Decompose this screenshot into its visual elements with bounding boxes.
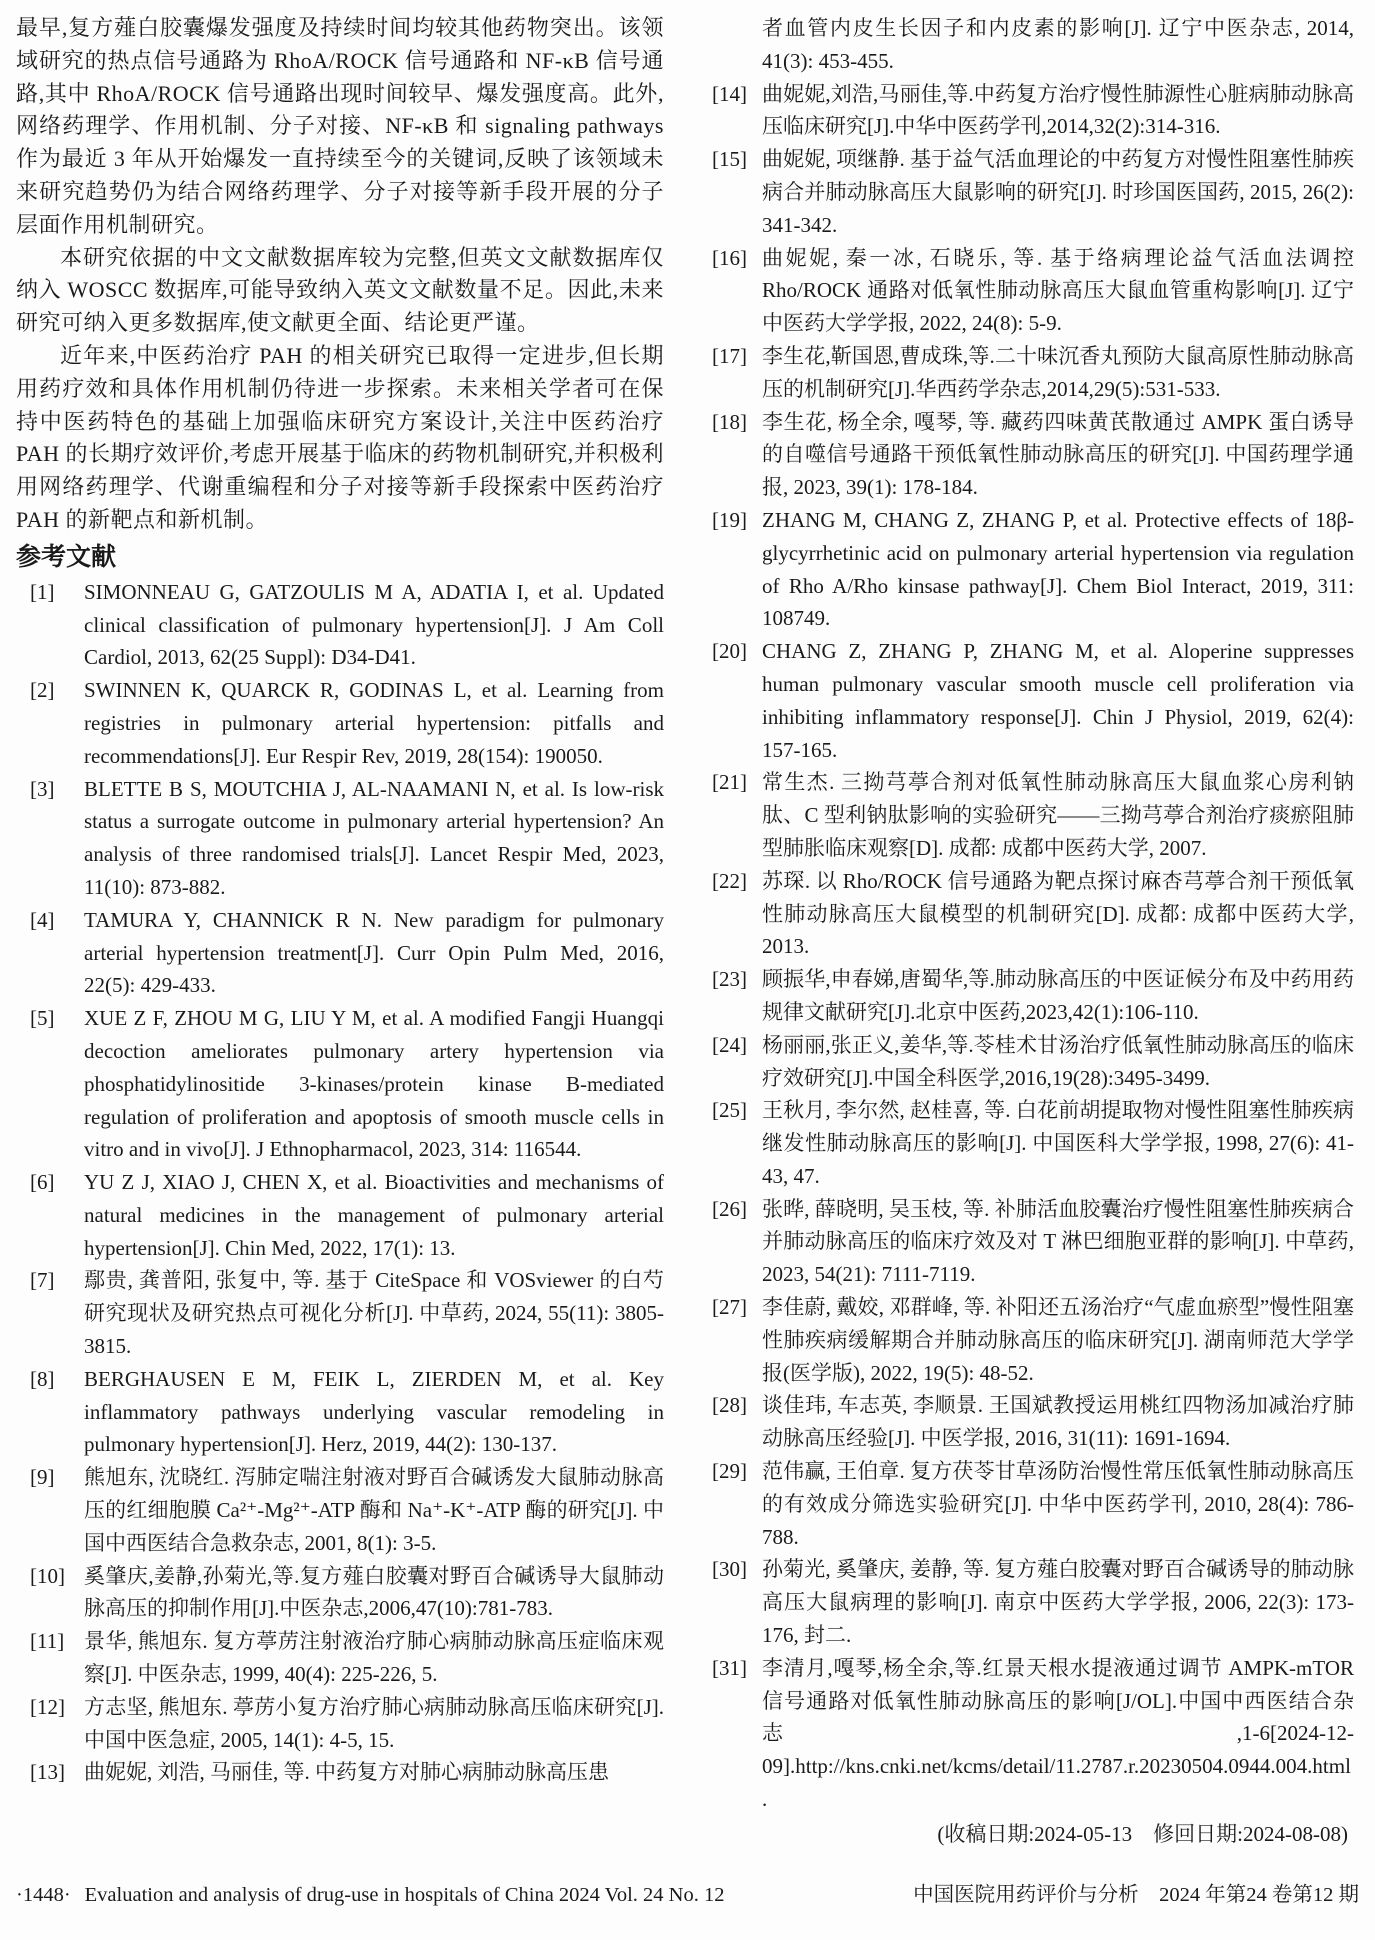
body-paragraph-continuation: 最早,复方薤白胶囊爆发强度及持续时间均较其他药物突出。该领域研究的热点信号通路为… xyxy=(16,12,664,242)
reference-item: [19]ZHANG M, CHANG Z, ZHANG P, et al. Pr… xyxy=(706,504,1354,635)
reference-text: 李清月,嘎琴,杨全余,等.红景天根水提液通过调节 AMPK-mTOR 信号通路对… xyxy=(762,1652,1354,1816)
reference-number: [29] xyxy=(706,1455,762,1553)
reference-number: [11] xyxy=(16,1625,84,1691)
reference-item: [28]谈佳玮, 车志英, 李顺景. 王国斌教授运用桃红四物汤加减治疗肺动脉高压… xyxy=(706,1389,1354,1455)
reference-item: [31]李清月,嘎琴,杨全余,等.红景天根水提液通过调节 AMPK-mTOR 信… xyxy=(706,1652,1354,1816)
reference-number: [2] xyxy=(16,674,84,772)
journal-page: 最早,复方薤白胶囊爆发强度及持续时间均较其他药物突出。该领域研究的热点信号通路为… xyxy=(0,0,1375,1940)
reference-text: 张晔, 薛晓明, 吴玉枝, 等. 补肺活血胶囊治疗慢性阻塞性肺疾病合并肺动脉高压… xyxy=(762,1193,1354,1291)
reference-number: [19] xyxy=(706,504,762,635)
reference-item: [24]杨丽丽,张正义,姜华,等.苓桂术甘汤治疗低氧性肺动脉高压的临床疗效研究[… xyxy=(706,1029,1354,1095)
reference-item: [18]李生花, 杨全余, 嘎琴, 等. 藏药四味黄芪散通过 AMPK 蛋白诱导… xyxy=(706,406,1354,504)
reference-text: 顾振华,申春娣,唐蜀华,等.肺动脉高压的中医证候分布及中药用药规律文献研究[J]… xyxy=(762,963,1354,1029)
reference-number: [13] xyxy=(16,1756,84,1789)
reference-number: [18] xyxy=(706,406,762,504)
reference-text: 曲妮妮, 项继静. 基于益气活血理论的中药复方对慢性阻塞性肺疾病合并肺动脉高压大… xyxy=(762,143,1354,241)
reference-text: 王秋月, 李尔然, 赵桂喜, 等. 白花前胡提取物对慢性阻塞性肺疾病继发性肺动脉… xyxy=(762,1094,1354,1192)
reference-text: 李生花, 杨全余, 嘎琴, 等. 藏药四味黄芪散通过 AMPK 蛋白诱导的自噬信… xyxy=(762,406,1354,504)
reference-item: [7]鄢贵, 龚普阳, 张复中, 等. 基于 CiteSpace 和 VOSvi… xyxy=(16,1264,664,1362)
reference-text: XUE Z F, ZHOU M G, LIU Y M, et al. A mod… xyxy=(84,1002,664,1166)
reference-number: [25] xyxy=(706,1094,762,1192)
right-column: 者血管内皮生长因子和内皮素的影响[J]. 辽宁中医杂志, 2014, 41(3)… xyxy=(706,12,1354,1858)
reference-item: [12]方志坚, 熊旭东. 葶苈小复方治疗肺心病肺动脉高压临床研究[J]. 中国… xyxy=(16,1691,664,1757)
reference-item: [4]TAMURA Y, CHANNICK R N. New paradigm … xyxy=(16,904,664,1002)
left-column: 最早,复方薤白胶囊爆发强度及持续时间均较其他药物突出。该领域研究的热点信号通路为… xyxy=(16,12,664,1858)
reference-13-continuation: 者血管内皮生长因子和内皮素的影响[J]. 辽宁中医杂志, 2014, 41(3)… xyxy=(762,12,1354,78)
body-paragraph-outlook: 近年来,中医药治疗 PAH 的相关研究已取得一定进步,但长期用药疗效和具体作用机… xyxy=(16,340,664,537)
reference-number: [17] xyxy=(706,340,762,406)
reference-item: [6]YU Z J, XIAO J, CHEN X, et al. Bioact… xyxy=(16,1166,664,1264)
reference-text: 奚肇庆,姜静,孙菊光,等.复方薤白胶囊对野百合碱诱导大鼠肺动脉高压的抑制作用[J… xyxy=(84,1560,664,1626)
reference-item: [20]CHANG Z, ZHANG P, ZHANG M, et al. Al… xyxy=(706,635,1354,766)
reference-number: [31] xyxy=(706,1652,762,1816)
reference-text: 曲妮妮,刘浩,马丽佳,等.中药复方治疗慢性肺源性心脏病肺动脉高压临床研究[J].… xyxy=(762,78,1354,144)
page-footer: ·1448· Evaluation and analysis of drug-u… xyxy=(16,1880,1359,1910)
reference-text: 鄢贵, 龚普阳, 张复中, 等. 基于 CiteSpace 和 VOSviewe… xyxy=(84,1264,664,1362)
reference-item: [10]奚肇庆,姜静,孙菊光,等.复方薤白胶囊对野百合碱诱导大鼠肺动脉高压的抑制… xyxy=(16,1560,664,1626)
reference-text: TAMURA Y, CHANNICK R N. New paradigm for… xyxy=(84,904,664,1002)
reference-number: [3] xyxy=(16,773,84,904)
reference-number: [10] xyxy=(16,1560,84,1626)
reference-number: [27] xyxy=(706,1291,762,1389)
reference-text: 谈佳玮, 车志英, 李顺景. 王国斌教授运用桃红四物汤加减治疗肺动脉高压经验[J… xyxy=(762,1389,1354,1455)
reference-text: 范伟赢, 王伯章. 复方茯苓甘草汤防治慢性常压低氧性肺动脉高压的有效成分筛选实验… xyxy=(762,1455,1354,1553)
reference-item: [15]曲妮妮, 项继静. 基于益气活血理论的中药复方对慢性阻塞性肺疾病合并肺动… xyxy=(706,143,1354,241)
references-heading: 参考文献 xyxy=(16,540,664,574)
reference-text: BERGHAUSEN E M, FEIK L, ZIERDEN M, et al… xyxy=(84,1363,664,1461)
reference-number: [28] xyxy=(706,1389,762,1455)
reference-text: 李佳蔚, 戴姣, 邓群峰, 等. 补阳还五汤治疗“气虚血瘀型”慢性阻塞性肺疾病缓… xyxy=(762,1291,1354,1389)
reference-number: [12] xyxy=(16,1691,84,1757)
reference-number: [1] xyxy=(16,576,84,674)
reference-number: [16] xyxy=(706,242,762,340)
reference-text: 常生杰. 三拗芎葶合剂对低氧性肺动脉高压大鼠血浆心房利钠肽、C 型利钠肽影响的实… xyxy=(762,766,1354,864)
reference-number: [4] xyxy=(16,904,84,1002)
page-number: ·1448· xyxy=(16,1880,71,1910)
reference-text: SIMONNEAU G, GATZOULIS M A, ADATIA I, et… xyxy=(84,576,664,674)
reference-number: [20] xyxy=(706,635,762,766)
reference-item: [9]熊旭东, 沈晓红. 泻肺定喘注射液对野百合碱诱发大鼠肺动脉高压的红细胞膜 … xyxy=(16,1461,664,1559)
reference-text: 景华, 熊旭东. 复方葶苈注射液治疗肺心病肺动脉高压症临床观察[J]. 中医杂志… xyxy=(84,1625,664,1691)
reference-item: [30]孙菊光, 奚肇庆, 姜静, 等. 复方薤白胶囊对野百合碱诱导的肺动脉高压… xyxy=(706,1553,1354,1651)
reference-text: 苏琛. 以 Rho/ROCK 信号通路为靶点探讨麻杏芎葶合剂干预低氧性肺动脉高压… xyxy=(762,865,1354,963)
reference-number: [9] xyxy=(16,1461,84,1559)
reference-number: [5] xyxy=(16,1002,84,1166)
reference-number: [14] xyxy=(706,78,762,144)
reference-text: 曲妮妮, 刘浩, 马丽佳, 等. 中药复方对肺心病肺动脉高压患 xyxy=(84,1756,664,1789)
reference-item: [14]曲妮妮,刘浩,马丽佳,等.中药复方治疗慢性肺源性心脏病肺动脉高压临床研究… xyxy=(706,78,1354,144)
reference-text: CHANG Z, ZHANG P, ZHANG M, et al. Aloper… xyxy=(762,635,1354,766)
footer-journal-cn: 中国医院用药评价与分析 2024 年第24 卷第12 期 xyxy=(913,1880,1359,1910)
reference-item: [13]曲妮妮, 刘浩, 马丽佳, 等. 中药复方对肺心病肺动脉高压患 xyxy=(16,1756,664,1789)
body-paragraph-databases: 本研究依据的中文文献数据库较为完整,但英文文献数据库仅纳入 WOSCC 数据库,… xyxy=(16,242,664,340)
reference-item: [26]张晔, 薛晓明, 吴玉枝, 等. 补肺活血胶囊治疗慢性阻塞性肺疾病合并肺… xyxy=(706,1193,1354,1291)
reference-item: [22]苏琛. 以 Rho/ROCK 信号通路为靶点探讨麻杏芎葶合剂干预低氧性肺… xyxy=(706,865,1354,963)
reference-item: [21]常生杰. 三拗芎葶合剂对低氧性肺动脉高压大鼠血浆心房利钠肽、C 型利钠肽… xyxy=(706,766,1354,864)
reference-text: ZHANG M, CHANG Z, ZHANG P, et al. Protec… xyxy=(762,504,1354,635)
reference-number: [26] xyxy=(706,1193,762,1291)
reference-number: [30] xyxy=(706,1553,762,1651)
reference-item: [8]BERGHAUSEN E M, FEIK L, ZIERDEN M, et… xyxy=(16,1363,664,1461)
reference-item: [25]王秋月, 李尔然, 赵桂喜, 等. 白花前胡提取物对慢性阻塞性肺疾病继发… xyxy=(706,1094,1354,1192)
reference-item: [2]SWINNEN K, QUARCK R, GODINAS L, et al… xyxy=(16,674,664,772)
reference-text: 李生花,靳国恩,曹成珠,等.二十味沉香丸预防大鼠高原性肺动脉高压的机制研究[J]… xyxy=(762,340,1354,406)
reference-text: SWINNEN K, QUARCK R, GODINAS L, et al. L… xyxy=(84,674,664,772)
reference-text: 方志坚, 熊旭东. 葶苈小复方治疗肺心病肺动脉高压临床研究[J]. 中国中医急症… xyxy=(84,1691,664,1757)
manuscript-dates: (收稿日期:2024-05-13 修回日期:2024-08-08) xyxy=(706,1818,1348,1851)
reference-number: [7] xyxy=(16,1264,84,1362)
reference-text: 曲妮妮, 秦一冰, 石晓乐, 等. 基于络病理论益气活血法调控 Rho/ROCK… xyxy=(762,242,1354,340)
reference-item: [1]SIMONNEAU G, GATZOULIS M A, ADATIA I,… xyxy=(16,576,664,674)
reference-number: [23] xyxy=(706,963,762,1029)
references-list-right: [14]曲妮妮,刘浩,马丽佳,等.中药复方治疗慢性肺源性心脏病肺动脉高压临床研究… xyxy=(706,78,1354,1816)
reference-text: 孙菊光, 奚肇庆, 姜静, 等. 复方薤白胶囊对野百合碱诱导的肺动脉高压大鼠病理… xyxy=(762,1553,1354,1651)
reference-item: [23]顾振华,申春娣,唐蜀华,等.肺动脉高压的中医证候分布及中药用药规律文献研… xyxy=(706,963,1354,1029)
reference-number: [6] xyxy=(16,1166,84,1264)
reference-item: [17]李生花,靳国恩,曹成珠,等.二十味沉香丸预防大鼠高原性肺动脉高压的机制研… xyxy=(706,340,1354,406)
footer-journal-en: Evaluation and analysis of drug-use in h… xyxy=(85,1880,725,1910)
reference-number: [24] xyxy=(706,1029,762,1095)
reference-number: [15] xyxy=(706,143,762,241)
reference-text: 熊旭东, 沈晓红. 泻肺定喘注射液对野百合碱诱发大鼠肺动脉高压的红细胞膜 Ca²… xyxy=(84,1461,664,1559)
reference-item: [11]景华, 熊旭东. 复方葶苈注射液治疗肺心病肺动脉高压症临床观察[J]. … xyxy=(16,1625,664,1691)
reference-item: [29]范伟赢, 王伯章. 复方茯苓甘草汤防治慢性常压低氧性肺动脉高压的有效成分… xyxy=(706,1455,1354,1553)
reference-item: [27]李佳蔚, 戴姣, 邓群峰, 等. 补阳还五汤治疗“气虚血瘀型”慢性阻塞性… xyxy=(706,1291,1354,1389)
reference-number: [21] xyxy=(706,766,762,864)
reference-text: YU Z J, XIAO J, CHEN X, et al. Bioactivi… xyxy=(84,1166,664,1264)
reference-number: [8] xyxy=(16,1363,84,1461)
reference-text: BLETTE B S, MOUTCHIA J, AL-NAAMANI N, et… xyxy=(84,773,664,904)
reference-number: [22] xyxy=(706,865,762,963)
reference-text: 杨丽丽,张正义,姜华,等.苓桂术甘汤治疗低氧性肺动脉高压的临床疗效研究[J].中… xyxy=(762,1029,1354,1095)
reference-item: [16]曲妮妮, 秦一冰, 石晓乐, 等. 基于络病理论益气活血法调控 Rho/… xyxy=(706,242,1354,340)
reference-item: [3]BLETTE B S, MOUTCHIA J, AL-NAAMANI N,… xyxy=(16,773,664,904)
references-list-left: [1]SIMONNEAU G, GATZOULIS M A, ADATIA I,… xyxy=(16,576,664,1789)
reference-item: [5]XUE Z F, ZHOU M G, LIU Y M, et al. A … xyxy=(16,1002,664,1166)
